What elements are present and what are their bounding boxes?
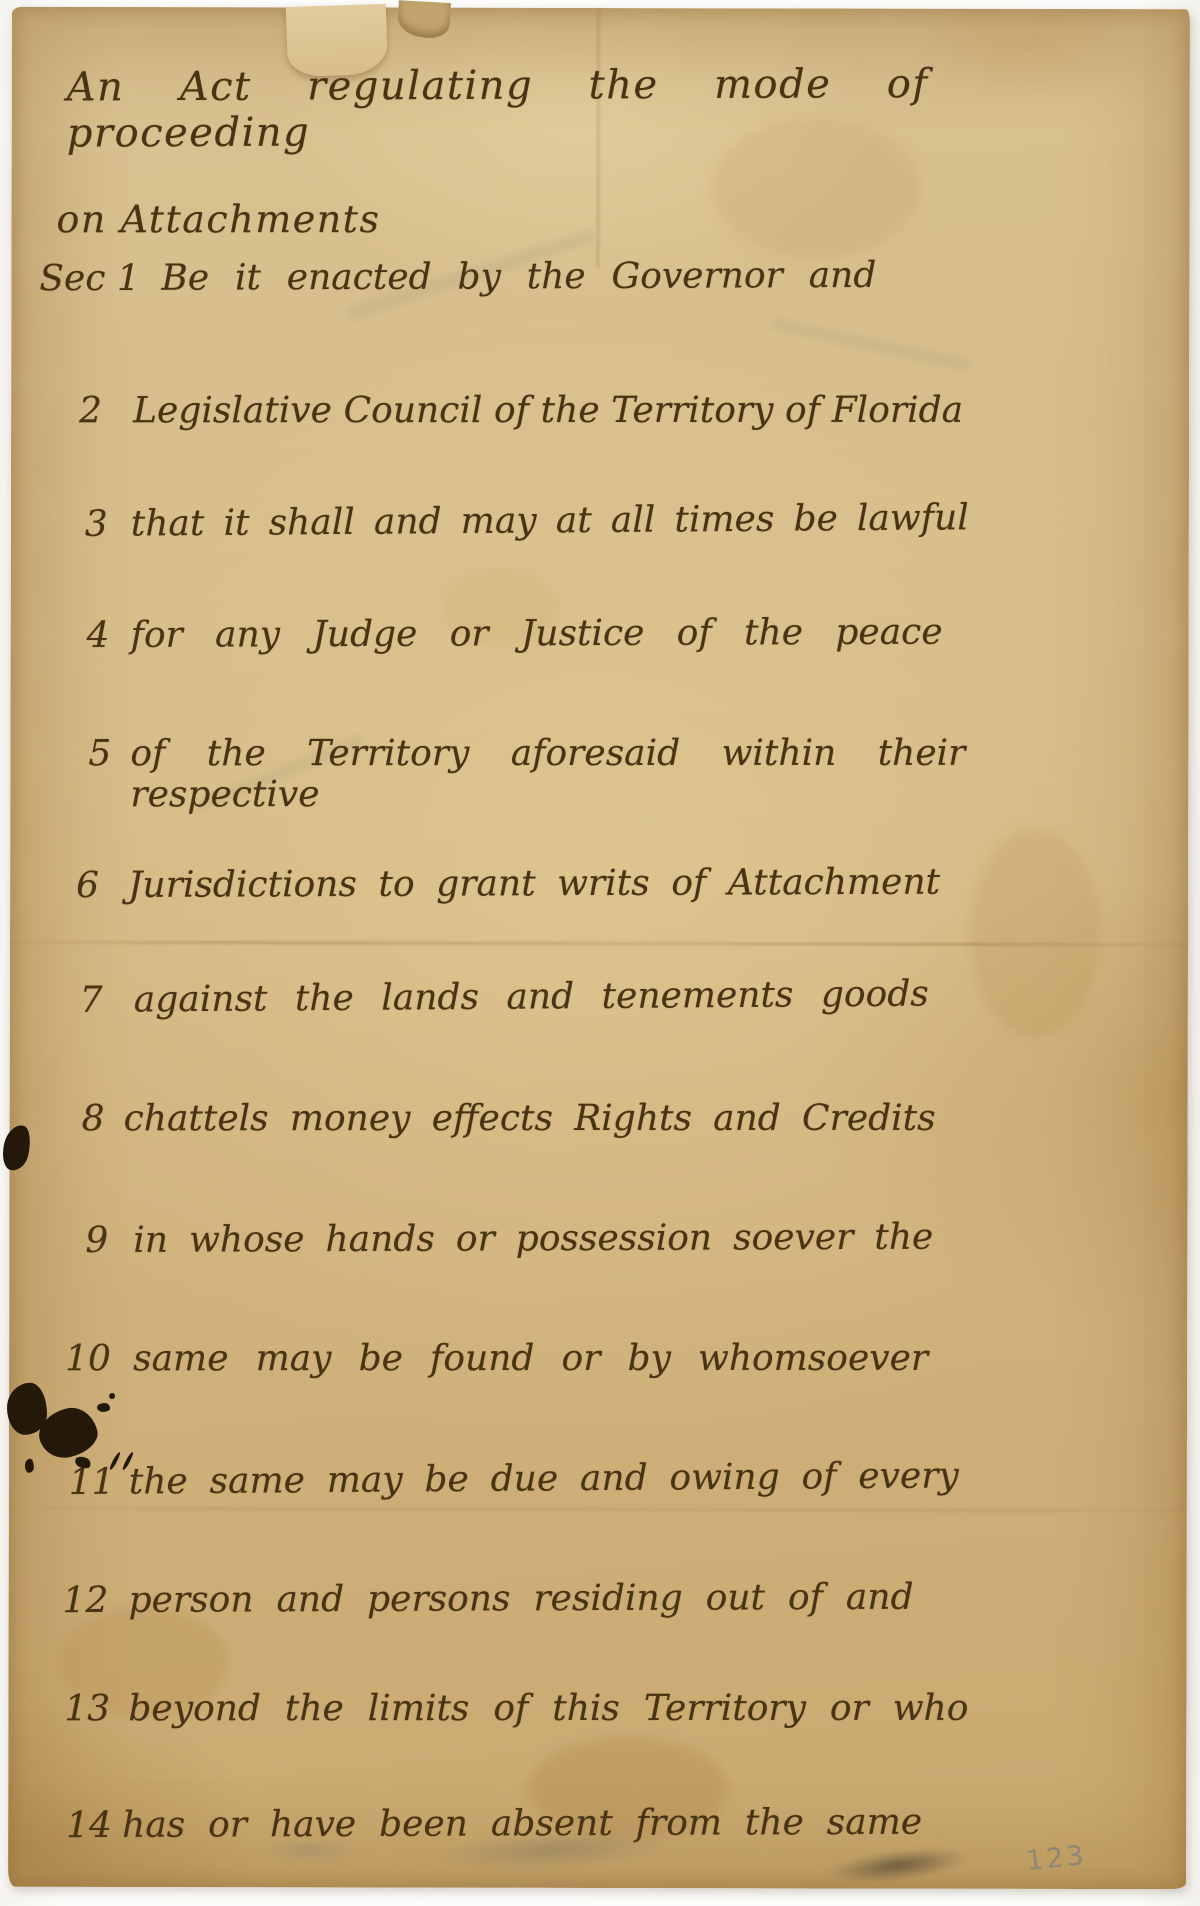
manuscript-line: 9 in whose hands or possession soever th… [9, 1216, 1187, 1283]
ink-blot-dot [25, 1459, 34, 1473]
manuscript-line: 6 Jurisdictions to grant writs of Attach… [10, 861, 1188, 928]
pencil-smudge [263, 1839, 353, 1861]
ghost-writing [772, 318, 970, 372]
manuscript-line: Sec 1 Be it enacted by the Governor and [11, 254, 1189, 321]
line-text: Jurisdictions to grant writs of Attachme… [128, 862, 940, 906]
manuscript-line: 5 of the Territory aforesaid within thei… [10, 733, 1188, 796]
paper-tear-notch [397, 0, 451, 39]
line-number: 5 [88, 733, 111, 774]
line-number: 9 [85, 1220, 108, 1261]
scan-background: An Act regulating the mode of proceeding… [0, 0, 1200, 1906]
line-text: for any Judge or Justice of the peace [131, 612, 943, 656]
line-number: 7 [80, 980, 103, 1021]
line-number: 3 [85, 504, 108, 545]
line-number: 8 [82, 1098, 105, 1139]
line-text: the same may be due and owing of every [129, 1455, 959, 1502]
line-text: of the Territory aforesaid within their … [130, 733, 965, 815]
line-number: 14 [66, 1805, 112, 1846]
ink-blot-dot [109, 1393, 115, 1399]
line-text: person and persons residing out of and [128, 1577, 913, 1621]
manuscript-line: 8 chattels money effects Rights and Cred… [10, 1098, 1188, 1161]
line-text: that it shall and may at all times be la… [131, 497, 969, 544]
line-number: Sec 1 [39, 258, 140, 299]
line-number: 4 [87, 615, 110, 656]
line-text: Legislative Council of the Territory of … [133, 390, 963, 431]
line-text: in whose hands or possession soever the [133, 1217, 933, 1261]
manuscript-line: 7 against the lands and tenements goods [10, 972, 1188, 1043]
document-title-line1: An Act regulating the mode of proceeding [67, 61, 929, 156]
line-number: 11 [69, 1462, 115, 1503]
document-title-line2: on Attachments [57, 197, 381, 241]
manuscript-line: 11 the same may be due and owing of ever… [9, 1454, 1187, 1525]
line-text: chattels money effects Rights and Credit… [124, 1098, 936, 1139]
line-number: 2 [79, 390, 102, 431]
manuscript-line: 4 for any Judge or Justice of the peace [11, 611, 1189, 678]
manuscript-page: An Act regulating the mode of proceeding… [8, 7, 1190, 1889]
line-number: 13 [64, 1688, 110, 1729]
line-text: same may be found or by whomsoever [133, 1338, 928, 1379]
page-number: 123 [1025, 1840, 1088, 1877]
manuscript-line: 10 same may be found or by whomsoever [9, 1338, 1187, 1401]
manuscript-line: 13 beyond the limits of this Territory o… [8, 1688, 1186, 1751]
manuscript-line: 12 person and persons residing out of an… [8, 1576, 1186, 1643]
line-text: against the lands and tenements goods [134, 974, 929, 1021]
line-number: 6 [76, 865, 99, 906]
line-number: 12 [62, 1580, 108, 1621]
line-number: 10 [65, 1338, 111, 1379]
line-text: Be it enacted by the Governor and [161, 255, 876, 299]
manuscript-line: 3 that it shall and may at all times be … [11, 496, 1189, 567]
line-text: beyond the limits of this Territory or w… [128, 1688, 968, 1729]
manuscript-line: 2 Legislative Council of the Territory o… [11, 390, 1189, 453]
ink-blot-dot [97, 1403, 110, 1412]
title-text-line1: An Act regulating the mode of proceeding [67, 61, 929, 156]
